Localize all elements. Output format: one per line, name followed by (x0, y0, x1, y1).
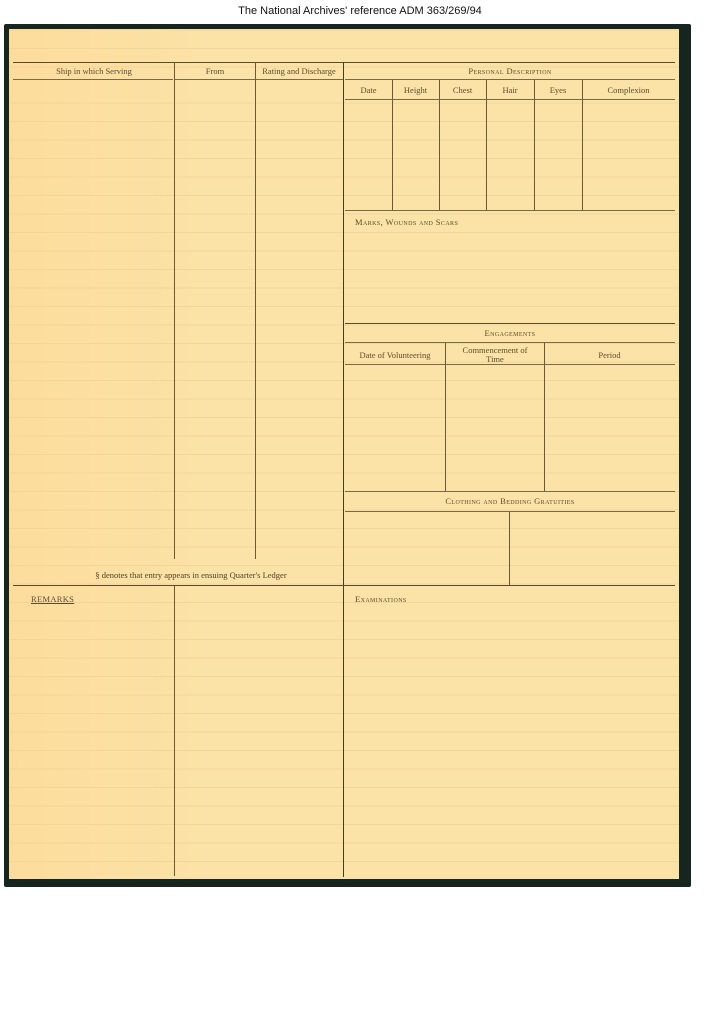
ship-entries-field[interactable] (13, 81, 173, 556)
clothing-entries-left[interactable] (345, 513, 508, 584)
engagements-bottom-rule (345, 491, 675, 492)
pd-col-height: Height (392, 85, 439, 95)
personal-description-title: Personal Description (345, 66, 675, 76)
service-header-bottom-rule-2 (175, 79, 343, 80)
marks-bottom-rule (345, 323, 675, 324)
pd-col-date: Date (345, 85, 392, 95)
remarks-field-right[interactable] (175, 607, 342, 875)
service-record-form: Ship in which Serving From Rating and Di… (9, 29, 679, 879)
remarks-field-left[interactable] (13, 607, 173, 875)
clothing-bedding-title: Clothing and Bedding Gratuities (345, 496, 675, 506)
clothing-title-rule (345, 511, 675, 512)
archive-reference-caption: The National Archives' reference ADM 363… (0, 5, 720, 17)
eng-col-period: Period (544, 350, 675, 360)
header-from: From (175, 66, 255, 76)
personal-description-entries[interactable] (345, 101, 675, 209)
top-rule (13, 62, 675, 63)
eng-col-commencement-line2: Time (445, 354, 545, 364)
ledger-footnote: § denotes that entry appears in ensuing … (39, 570, 343, 580)
engagements-title-rule (345, 342, 675, 343)
pd-col-eyes: Eyes (534, 85, 582, 95)
pd-bottom-rule (345, 210, 675, 211)
engagements-title: Engagements (345, 328, 675, 338)
examinations-field[interactable] (345, 607, 675, 875)
personal-description-rule (345, 79, 675, 80)
pd-col-complexion: Complexion (582, 85, 675, 95)
engagements-header-bottom-rule (345, 364, 675, 365)
pd-header-bottom-rule (345, 99, 675, 100)
from-entries-field[interactable] (175, 81, 254, 556)
remarks-title: REMARKS (31, 594, 74, 604)
clothing-entries-right[interactable] (510, 513, 675, 584)
engagements-entries[interactable] (345, 366, 675, 490)
service-header-bottom-rule (13, 79, 173, 80)
header-rating-and-discharge: Rating and Discharge (255, 66, 343, 76)
marks-wounds-scars-title: Marks, Wounds and Scars (355, 217, 458, 227)
pd-col-hair: Hair (486, 85, 534, 95)
eng-col-date-of-volunteering: Date of Volunteering (345, 350, 445, 360)
marks-wounds-scars-field[interactable] (345, 229, 675, 321)
rating-entries-field[interactable] (256, 81, 342, 556)
main-vertical-divider (343, 62, 344, 877)
header-ship-in-which-serving: Ship in which Serving (13, 66, 175, 76)
section-divider-rule (13, 585, 675, 586)
examinations-title: Examinations (355, 594, 407, 604)
pd-col-chest: Chest (439, 85, 486, 95)
